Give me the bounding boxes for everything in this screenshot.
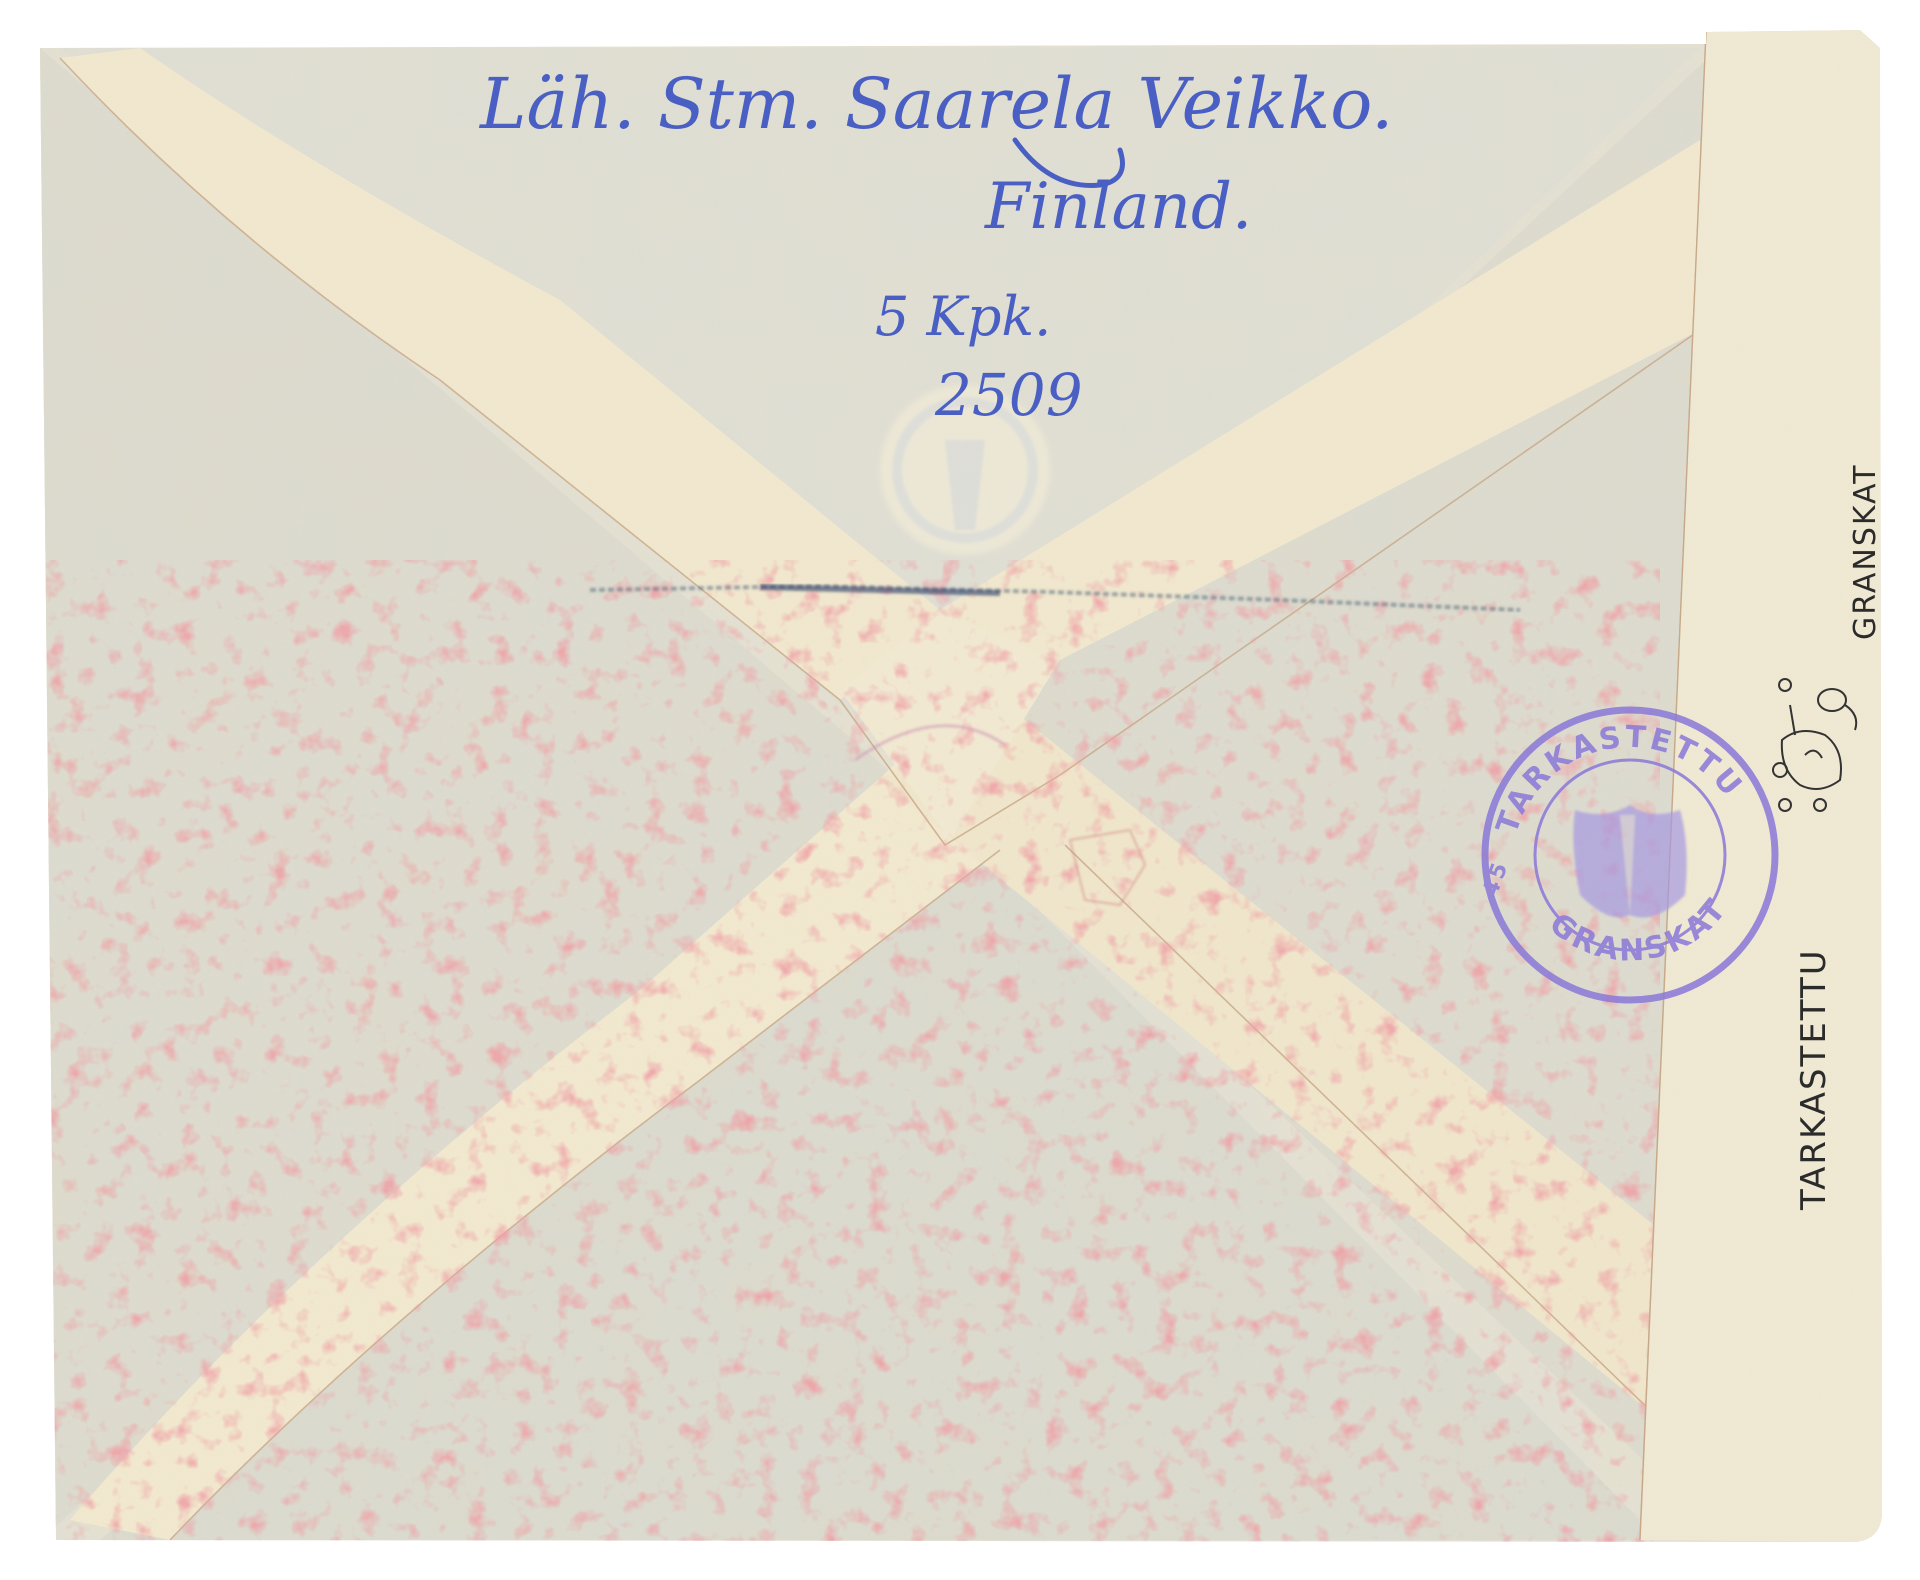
coat-of-arms-icon (1573, 805, 1686, 918)
address-line-1: Läh. Stm. Saarela Veikko. (478, 63, 1393, 145)
address-line-3: 5 Kpk. (875, 285, 1051, 348)
address-line-2: Finland. (984, 170, 1252, 244)
strip-text-tarkastettu: TARKASTETTU (1794, 948, 1834, 1211)
address-line-4: 2509 (934, 361, 1083, 429)
envelope-body (0, 0, 1920, 1580)
strip-text-granskat: GRANSKAT (1848, 463, 1883, 640)
envelope-scene: Läh. Stm. Saarela Veikko. Finland. 5 Kpk… (0, 0, 1920, 1580)
